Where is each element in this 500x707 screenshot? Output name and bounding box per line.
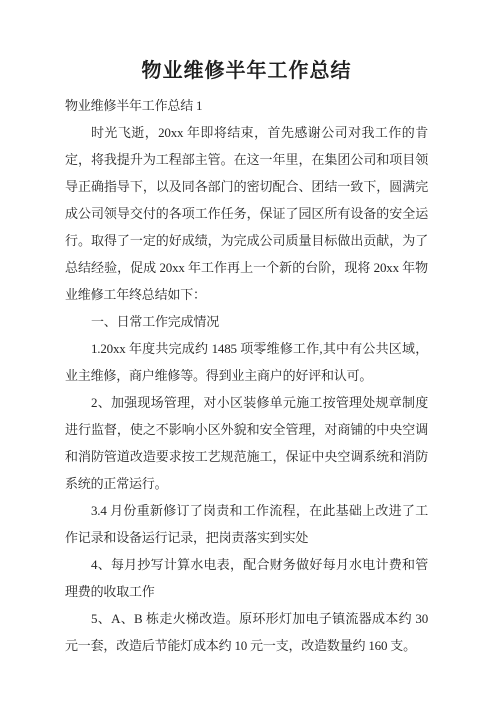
list-item-2: 2、加强现场管理，对小区装修单元施工按管理处规章制度进行监督，使之不影响小区外貌… [65,389,428,497]
document-body: 物业维修半年工作总结 物业维修半年工作总结 1 时光飞逝，20xx 年即将结束，… [0,0,500,659]
section-heading: 一、日常工作完成情况 [65,308,428,335]
list-item-4: 4、每月抄写计算水电表，配合财务做好每月水电计费和管理费的收取工作 [65,551,428,605]
list-item-3: 3.4 月份重新修订了岗责和工作流程，在此基础上改进了工作记录和设备运行记录，把… [65,497,428,551]
document-title: 物业维修半年工作总结 [65,58,428,84]
list-item-5: 5、A、B 栋走火梯改造。原环形灯加电子镇流器成本约 30 元一套，改造后节能灯… [65,605,428,659]
document-subtitle: 物业维修半年工作总结 1 [65,92,428,119]
document-page: 物业维修半年工作总结 物业维修半年工作总结 1 时光飞逝，20xx 年即将结束，… [0,0,500,707]
paragraph-intro: 时光飞逝，20xx 年即将结束，首先感谢公司对我工作的肯定，将我提升为工程部主管… [65,119,428,308]
list-item-1: 1.20xx 年度共完成约 1485 项零维修工作,其中有公共区域，业主维修，商… [65,335,428,389]
